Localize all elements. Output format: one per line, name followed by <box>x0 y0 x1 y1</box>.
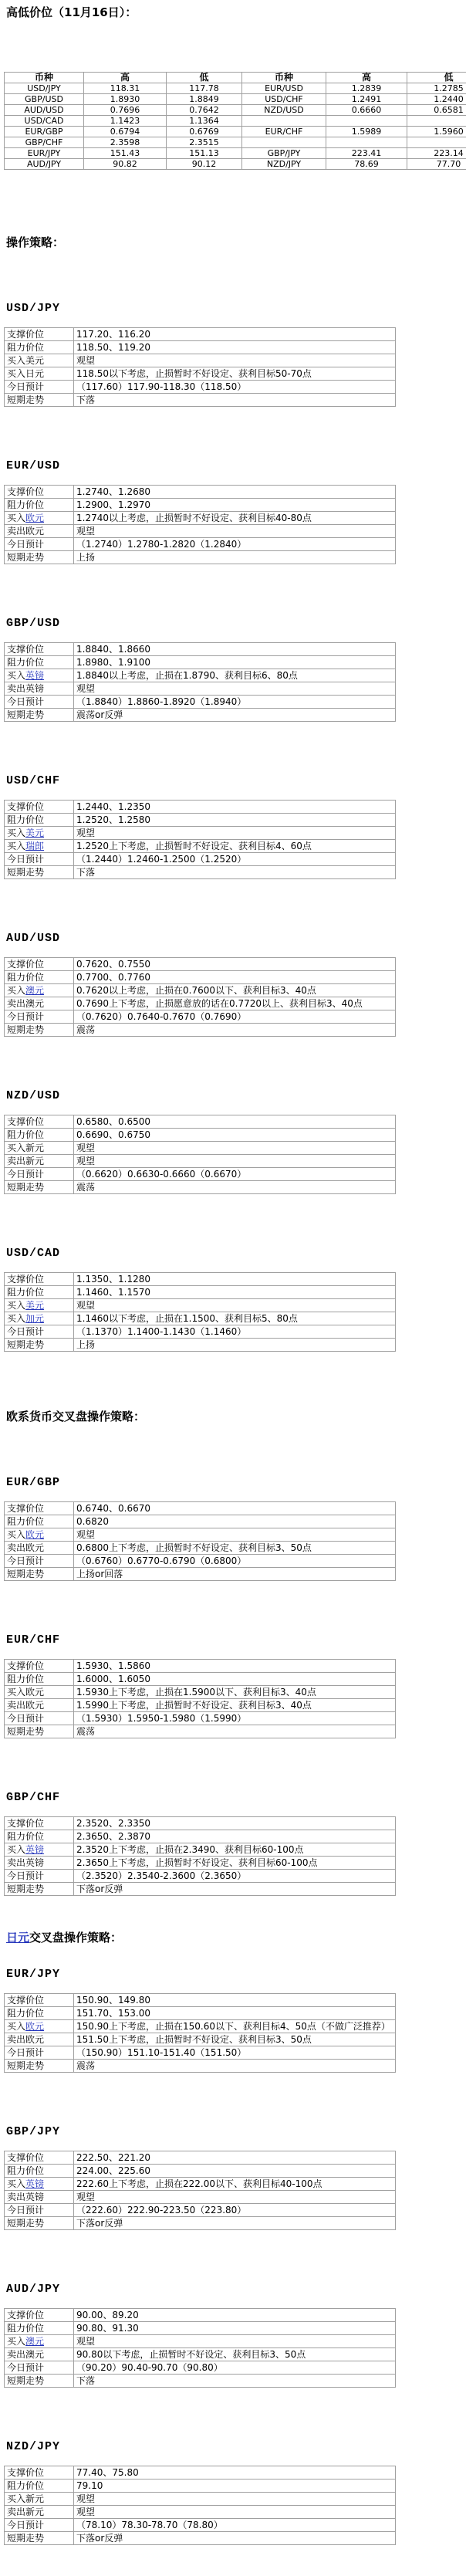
strategy-row-label-text: 短期走势 <box>7 552 44 563</box>
strategy-row-value: 90.80、91.30 <box>74 2322 396 2335</box>
strategy-row-label: 今日预计 <box>5 2519 74 2532</box>
high-low-cell: 1.5989 <box>326 127 407 137</box>
strategy-row-value: 0.6820 <box>74 1515 396 1528</box>
pair-section: AUD/JPY 支撑价位 90.00、89.20 阻力价位 90.80、91.3… <box>4 2283 466 2388</box>
strategy-row-value: 1.2440、1.2350 <box>74 801 396 814</box>
strategy-row: 支撑价位 117.20、116.20 <box>5 328 396 341</box>
group-heading: 操作策略： <box>6 235 466 249</box>
strategy-row-label: 今日预计 <box>5 2361 74 2375</box>
pair-title: EUR/USD <box>6 459 466 473</box>
strategy-row-label-text: 短期走势 <box>7 867 44 878</box>
strategy-row-value: 上扬or回落 <box>74 1568 396 1581</box>
strategy-row-value: 0.6740、0.6670 <box>74 1502 396 1515</box>
strategy-row-label: 支撑价位 <box>5 2151 74 2165</box>
strategy-row: 卖出英镑 观望 <box>5 2191 396 2204</box>
strategy-row-value: 2.3650上下考虑，止损暂时不好设定、获利目标60-100点 <box>74 1857 396 1870</box>
strategy-row-label: 支撑价位 <box>5 486 74 499</box>
strategy-row: 买入瑞郎 1.2520上下考虑，止损暂时不好设定、获利目标4、60点 <box>5 840 396 853</box>
strategy-row-label-text: 短期走势 <box>7 1884 44 1894</box>
strategy-row-label: 买入欧元 <box>5 512 74 525</box>
high-low-cell: 1.2839 <box>326 83 407 94</box>
strategy-row-value: 震荡 <box>74 1181 396 1194</box>
strategy-row-value: （1.2740）1.2780-1.2820（1.2840） <box>74 538 396 551</box>
high-low-cell: 223.41 <box>326 148 407 159</box>
currency-link[interactable]: 英镑 <box>25 670 44 681</box>
strategy-row-label: 今日预计 <box>5 1325 74 1339</box>
strategy-row: 买入欧元 观望 <box>5 1528 396 1542</box>
strategy-row-label: 买入澳元 <box>5 2335 74 2348</box>
strategy-row: 卖出澳元 90.80以下考虑，止损暂时不好设定、获利目标3、50点 <box>5 2348 396 2361</box>
strategy-row-value: 观望 <box>74 2191 396 2204</box>
strategy-row: 阻力价位 1.2900、1.2970 <box>5 499 396 512</box>
strategy-row-value: 150.90、149.80 <box>74 1994 396 2007</box>
strategy-row-label-text: 买入日元 <box>7 368 44 379</box>
strategy-row-label: 卖出新元 <box>5 2506 74 2519</box>
strategy-table: 支撑价位 0.6740、0.6670 阻力价位 0.6820 买入欧元 观望 卖… <box>4 1501 396 1581</box>
strategy-row-label-text: 卖出英镑 <box>7 683 44 694</box>
strategy-row-value: 77.40、75.80 <box>74 2466 396 2480</box>
high-low-cell: 0.6769 <box>167 127 242 137</box>
strategy-row-label: 卖出欧元 <box>5 1542 74 1555</box>
high-low-column-header: 低 <box>407 73 466 83</box>
strategy-table: 支撑价位 1.8840、1.8660 阻力价位 1.8980、1.9100 买入… <box>4 642 396 722</box>
strategy-table: 支撑价位 1.2740、1.2680 阻力价位 1.2900、1.2970 买入… <box>4 485 396 564</box>
strategy-row-value: 震荡 <box>74 2060 396 2073</box>
group-heading: 欧系货币交叉盘操作策略： <box>6 1410 466 1423</box>
strategy-row-value: 222.50、221.20 <box>74 2151 396 2165</box>
high-low-cell: NZD/JPY <box>242 159 326 170</box>
high-low-cell: NZD/USD <box>242 105 326 116</box>
strategy-row-label: 阻力价位 <box>5 1830 74 1843</box>
strategy-row: 买入美元 观望 <box>5 1299 396 1312</box>
strategy-row-value: 上扬 <box>74 551 396 564</box>
high-low-cell: EUR/USD <box>242 83 326 94</box>
currency-link[interactable]: 澳元 <box>25 2336 44 2347</box>
strategy-row-label-text: 今日预计 <box>7 854 44 865</box>
strategy-row-value: 观望 <box>74 2506 396 2519</box>
high-low-cell: EUR/GBP <box>5 127 84 137</box>
strategy-row-value: 1.5930、1.5860 <box>74 1660 396 1673</box>
strategy-row-label-text: 卖出澳元 <box>7 998 44 1009</box>
strategy-row-label-text: 今日预计 <box>7 539 44 550</box>
strategy-row-label: 买入新元 <box>5 1142 74 1155</box>
high-low-cell: GBP/JPY <box>242 148 326 159</box>
strategy-row-label-text: 阻力价位 <box>7 1516 44 1527</box>
strategy-row-value: 118.50以下考虑，止损暂时不好设定、获利目标50-70点 <box>74 367 396 381</box>
strategy-row-label-text: 买入新元 <box>7 2493 44 2504</box>
strategy-row-label-text: 买入 <box>7 1300 25 1311</box>
strategy-row-label-text: 买入 <box>7 670 25 681</box>
strategy-row: 短期走势 下落or反弹 <box>5 2532 396 2545</box>
strategy-row-value: 0.6580、0.6500 <box>74 1115 396 1129</box>
strategy-row-label-text: 今日预计 <box>7 1555 44 1566</box>
strategy-row-label-text: 买入 <box>7 2021 25 2032</box>
strategy-row-label-text: 支撑价位 <box>7 1116 44 1127</box>
strategy-row-value: （1.2440）1.2460-1.2500（1.2520） <box>74 853 396 866</box>
strategy-row-label: 买入欧元 <box>5 2020 74 2033</box>
strategy-row: 支撑价位 1.1350、1.1280 <box>5 1273 396 1286</box>
strategy-row-label: 短期走势 <box>5 1725 74 1738</box>
high-low-column-header: 高 <box>84 73 167 83</box>
strategy-row-value: 118.50、119.20 <box>74 341 396 354</box>
strategy-row-value: （0.6620）0.6630-0.6660（0.6670） <box>74 1168 396 1181</box>
pair-section: EUR/GBP 支撑价位 0.6740、0.6670 阻力价位 0.6820 买… <box>4 1476 466 1581</box>
high-low-cell: GBP/USD <box>5 94 84 105</box>
pair-section: USD/CHF 支撑价位 1.2440、1.2350 阻力价位 1.2520、1… <box>4 774 466 879</box>
strategy-row-label: 短期走势 <box>5 1883 74 1896</box>
strategy-row-label-text: 短期走势 <box>7 2060 44 2071</box>
strategy-row: 支撑价位 1.2740、1.2680 <box>5 486 396 499</box>
strategy-row-value: 2.3520上下考虑，止损在2.3490、获利目标60-100点 <box>74 1843 396 1857</box>
strategy-row-label: 卖出澳元 <box>5 2348 74 2361</box>
group-heading-text: 操作策略： <box>6 235 64 249</box>
strategy-table: 支撑价位 1.2440、1.2350 阻力价位 1.2520、1.2580 买入… <box>4 800 396 879</box>
strategy-row-label-text: 支撑价位 <box>7 801 44 812</box>
strategy-row: 支撑价位 0.6740、0.6670 <box>5 1502 396 1515</box>
pair-section: EUR/CHF 支撑价位 1.5930、1.5860 阻力价位 1.6000、1… <box>4 1633 466 1738</box>
strategy-row-label-text: 阻力价位 <box>7 2480 44 2491</box>
strategy-row-label: 卖出新元 <box>5 1155 74 1168</box>
strategy-row: 今日预计 （1.1370）1.1400-1.1430（1.1460） <box>5 1325 396 1339</box>
strategy-row: 阻力价位 79.10 <box>5 2480 396 2493</box>
strategy-row-label-text: 今日预计 <box>7 2047 44 2058</box>
strategy-row-label: 买入澳元 <box>5 984 74 997</box>
group-heading: 日元交叉盘操作策略： <box>6 1931 466 1945</box>
strategy-row-label-text: 阻力价位 <box>7 342 44 353</box>
high-low-row: EUR/JPY151.43151.13GBP/JPY223.41223.14 <box>5 148 466 159</box>
high-low-cell: 0.6581 <box>407 105 466 116</box>
pair-section: USD/JPY 支撑价位 117.20、116.20 阻力价位 118.50、1… <box>4 302 466 407</box>
strategy-row-label: 今日预计 <box>5 1555 74 1568</box>
strategy-row: 支撑价位 0.7620、0.7550 <box>5 958 396 971</box>
strategy-row-label: 今日预计 <box>5 2204 74 2217</box>
strategy-row: 短期走势 震荡 <box>5 1725 396 1738</box>
strategy-row: 买入日元 118.50以下考虑，止损暂时不好设定、获利目标50-70点 <box>5 367 396 381</box>
strategy-row-label: 卖出英镑 <box>5 682 74 696</box>
strategy-row: 短期走势 下落 <box>5 394 396 407</box>
pair-section: EUR/JPY 支撑价位 150.90、149.80 阻力价位 151.70、1… <box>4 1968 466 2073</box>
strategy-row-label-text: 买入 <box>7 828 25 838</box>
currency-link[interactable]: 英镑 <box>25 2178 44 2189</box>
strategy-row-value: 观望 <box>74 2493 396 2506</box>
strategy-row-value: 1.8980、1.9100 <box>74 656 396 669</box>
strategy-row-label-text: 短期走势 <box>7 394 44 405</box>
strategy-row-value: 震荡 <box>74 1024 396 1037</box>
strategy-row-label: 今日预计 <box>5 696 74 709</box>
strategy-row: 今日预计 （90.20）90.40-90.70（90.80） <box>5 2361 396 2375</box>
strategy-row: 短期走势 上扬 <box>5 551 396 564</box>
strategy-row-value: 1.1350、1.1280 <box>74 1273 396 1286</box>
strategy-row-label-text: 支撑价位 <box>7 2310 44 2320</box>
currency-link[interactable]: 欧元 <box>25 2021 44 2032</box>
high-low-cell: 0.7642 <box>167 105 242 116</box>
strategy-row-label: 今日预计 <box>5 2046 74 2060</box>
high-low-cell: 1.1423 <box>84 116 167 127</box>
high-low-column-header: 币种 <box>5 73 84 83</box>
strategy-row: 阻力价位 2.3650、2.3870 <box>5 1830 396 1843</box>
strategy-table: 支撑价位 150.90、149.80 阻力价位 151.70、153.00 买入… <box>4 1993 396 2073</box>
strategy-row-label-text: 支撑价位 <box>7 1503 44 1514</box>
high-low-cell <box>242 137 326 148</box>
strategy-row: 买入美元 观望 <box>5 354 396 367</box>
strategy-row-label: 支撑价位 <box>5 643 74 656</box>
strategy-row-label: 短期走势 <box>5 2375 74 2388</box>
strategy-row-value: （117.60）117.90-118.30（118.50） <box>74 381 396 394</box>
strategy-row-value: 151.70、153.00 <box>74 2007 396 2020</box>
strategy-row: 今日预计 （0.7620）0.7640-0.7670（0.7690） <box>5 1010 396 1024</box>
strategy-row-label: 短期走势 <box>5 1568 74 1581</box>
currency-link[interactable]: 欧元 <box>25 1529 44 1540</box>
strategy-row-value: 0.6800上下考虑，止损暂时不好设定、获利目标3、50点 <box>74 1542 396 1555</box>
pair-title: AUD/JPY <box>6 2283 466 2297</box>
strategy-row: 短期走势 震荡 <box>5 1181 396 1194</box>
pair-title: AUD/USD <box>6 932 466 946</box>
strategy-row-label: 卖出英镑 <box>5 2191 74 2204</box>
strategy-row-label: 买入欧元 <box>5 1686 74 1699</box>
strategy-row-value: 1.6000、1.6050 <box>74 1673 396 1686</box>
high-low-cell: 151.43 <box>84 148 167 159</box>
strategy-row-value: 0.7690上下考虑，止损愿意放的话在0.7720以上、获利目标3、40点 <box>74 997 396 1010</box>
strategy-row-label-text: 短期走势 <box>7 1339 44 1350</box>
strategy-row: 短期走势 震荡or反弹 <box>5 709 396 722</box>
strategy-row-label: 今日预计 <box>5 1010 74 1024</box>
strategy-row-label: 支撑价位 <box>5 958 74 971</box>
strategy-row-label-text: 短期走势 <box>7 2218 44 2229</box>
currency-link[interactable]: 美元 <box>25 828 44 838</box>
high-low-cell: 0.6794 <box>84 127 167 137</box>
strategy-row-label-text: 卖出欧元 <box>7 2034 44 2045</box>
pair-section: EUR/USD 支撑价位 1.2740、1.2680 阻力价位 1.2900、1… <box>4 459 466 564</box>
strategy-row: 短期走势 上扬or回落 <box>5 1568 396 1581</box>
strategy-row-label-text: 阻力价位 <box>7 972 44 983</box>
strategy-row-value: 震荡 <box>74 1725 396 1738</box>
strategy-row-value: 224.00、225.60 <box>74 2165 396 2178</box>
strategy-row: 今日预计 （2.3520）2.3540-2.3600（2.3650） <box>5 1870 396 1883</box>
strategy-row-label-text: 支撑价位 <box>7 2152 44 2163</box>
high-low-cell: EUR/CHF <box>242 127 326 137</box>
strategy-row: 卖出澳元 0.7690上下考虑，止损愿意放的话在0.7720以上、获利目标3、4… <box>5 997 396 1010</box>
strategy-row: 阻力价位 151.70、153.00 <box>5 2007 396 2020</box>
high-low-cell: 117.78 <box>167 83 242 94</box>
strategy-row-label: 买入英镑 <box>5 669 74 682</box>
strategy-row-label: 卖出欧元 <box>5 2033 74 2046</box>
strategy-row-label-text: 支撑价位 <box>7 486 44 497</box>
strategy-row-value: 观望 <box>74 525 396 538</box>
strategy-table: 支撑价位 0.6580、0.6500 阻力价位 0.6690、0.6750 买入… <box>4 1115 396 1194</box>
strategy-row-label-text: 今日预计 <box>7 2520 44 2530</box>
strategy-row-label-text: 买入 <box>7 2178 25 2189</box>
strategy-row-value: （0.7620）0.7640-0.7670（0.7690） <box>74 1010 396 1024</box>
strategy-row-value: 1.8840、1.8660 <box>74 643 396 656</box>
high-low-cell: EUR/JPY <box>5 148 84 159</box>
currency-link[interactable]: 瑞郎 <box>25 841 44 851</box>
strategy-row-value: 2.3520、2.3350 <box>74 1817 396 1830</box>
strategy-row: 买入新元 观望 <box>5 1142 396 1155</box>
strategy-row-label-text: 阻力价位 <box>7 1287 44 1298</box>
currency-link[interactable]: 美元 <box>25 1300 44 1311</box>
strategy-row-label-text: 短期走势 <box>7 1569 44 1579</box>
high-low-cell: 1.2440 <box>407 94 466 105</box>
strategy-row: 短期走势 震荡 <box>5 1024 396 1037</box>
strategy-row-value: 90.80以下考虑，止损暂时不好设定、获利目标3、50点 <box>74 2348 396 2361</box>
strategy-row: 支撑价位 1.5930、1.5860 <box>5 1660 396 1673</box>
strategy-table: 支撑价位 1.1350、1.1280 阻力价位 1.1460、1.1570 买入… <box>4 1272 396 1352</box>
strategy-row: 买入欧元 150.90上下考虑，止损在150.60以下、获利目标4、50点（不做… <box>5 2020 396 2033</box>
strategy-row-label-text: 买入 <box>7 2336 25 2347</box>
strategy-row-label-text: 今日预计 <box>7 1870 44 1881</box>
strategy-row: 今日预计 （150.90）151.10-151.40（151.50） <box>5 2046 396 2060</box>
high-low-cell: 1.2491 <box>326 94 407 105</box>
strategy-row-value: 0.6690、0.6750 <box>74 1129 396 1142</box>
high-low-column-header: 币种 <box>242 73 326 83</box>
strategy-row-label: 卖出英镑 <box>5 1857 74 1870</box>
strategy-row-label: 支撑价位 <box>5 1115 74 1129</box>
high-low-cell <box>407 116 466 127</box>
strategy-row-label: 阻力价位 <box>5 1673 74 1686</box>
strategy-row: 卖出新元 观望 <box>5 1155 396 1168</box>
strategy-row: 今日预计 （222.60）222.90-223.50（223.80） <box>5 2204 396 2217</box>
high-low-cell: USD/CHF <box>242 94 326 105</box>
high-low-cell: 0.6660 <box>326 105 407 116</box>
strategy-row-label-text: 今日预计 <box>7 2362 44 2373</box>
strategy-row-label: 今日预计 <box>5 1870 74 1883</box>
strategy-group: 欧系货币交叉盘操作策略： EUR/GBP 支撑价位 0.6740、0.6670 … <box>4 1410 466 1896</box>
strategy-row-label-text: 支撑价位 <box>7 1818 44 1829</box>
strategy-row: 支撑价位 77.40、75.80 <box>5 2466 396 2480</box>
strategy-row-label-text: 今日预计 <box>7 1713 44 1724</box>
strategy-row: 买入英镑 2.3520上下考虑，止损在2.3490、获利目标60-100点 <box>5 1843 396 1857</box>
pair-title: GBP/CHF <box>6 1791 466 1805</box>
strategy-row: 买入英镑 1.8840以上考虑，止损在1.8790、获利目标6、80点 <box>5 669 396 682</box>
strategy-row-label-text: 今日预计 <box>7 1169 44 1180</box>
strategy-row-label: 支撑价位 <box>5 2466 74 2480</box>
strategy-row-value: 1.1460、1.1570 <box>74 1286 396 1299</box>
high-low-cell: 90.12 <box>167 159 242 170</box>
pair-section: NZD/USD 支撑价位 0.6580、0.6500 阻力价位 0.6690、0… <box>4 1089 466 1194</box>
strategy-table: 支撑价位 1.5930、1.5860 阻力价位 1.6000、1.6050 买入… <box>4 1659 396 1738</box>
strategy-table: 支撑价位 117.20、116.20 阻力价位 118.50、119.20 买入… <box>4 327 396 407</box>
strategy-row: 阻力价位 224.00、225.60 <box>5 2165 396 2178</box>
strategy-row: 阻力价位 1.2520、1.2580 <box>5 814 396 827</box>
strategy-row-value: 下落or反弹 <box>74 2217 396 2230</box>
strategy-row-value: 下落 <box>74 2375 396 2388</box>
high-low-column-header: 高 <box>326 73 407 83</box>
strategy-row-value: 1.2520、1.2580 <box>74 814 396 827</box>
currency-link[interactable]: 欧元 <box>25 513 44 523</box>
high-low-cell: 223.14 <box>407 148 466 159</box>
strategy-row-label-text: 短期走势 <box>7 1726 44 1737</box>
strategy-row-label-text: 阻力价位 <box>7 2165 44 2176</box>
high-low-row: USD/JPY118.31117.78EUR/USD1.28391.2785 <box>5 83 466 94</box>
strategy-row-label: 短期走势 <box>5 2532 74 2545</box>
strategy-row: 买入美元 观望 <box>5 827 396 840</box>
strategy-row-label: 买入日元 <box>5 367 74 381</box>
strategy-row: 卖出欧元 观望 <box>5 525 396 538</box>
group-heading-currency-link[interactable]: 日元 <box>6 1931 29 1945</box>
strategy-row-label-text: 买入新元 <box>7 1142 44 1153</box>
high-low-cell: GBP/CHF <box>5 137 84 148</box>
strategy-row: 支撑价位 2.3520、2.3350 <box>5 1817 396 1830</box>
strategy-row-label: 阻力价位 <box>5 2165 74 2178</box>
high-low-cell: 1.2785 <box>407 83 466 94</box>
pair-title: GBP/USD <box>6 617 466 631</box>
strategy-row-value: 观望 <box>74 1528 396 1542</box>
strategy-row-label-text: 阻力价位 <box>7 499 44 510</box>
strategy-row: 短期走势 下落or反弹 <box>5 1883 396 1896</box>
strategy-group: 操作策略： USD/JPY 支撑价位 117.20、116.20 阻力价位 11… <box>4 235 466 1352</box>
pair-title: NZD/JPY <box>6 2440 466 2454</box>
strategy-row-value: （1.8840）1.8860-1.8920（1.8940） <box>74 696 396 709</box>
currency-link[interactable]: 英镑 <box>25 1844 44 1855</box>
strategy-row-value: 下落 <box>74 394 396 407</box>
strategy-row: 支撑价位 0.6580、0.6500 <box>5 1115 396 1129</box>
strategy-row-label: 卖出澳元 <box>5 997 74 1010</box>
high-low-cell <box>407 137 466 148</box>
strategy-row-label-text: 买入 <box>7 1844 25 1855</box>
high-low-cell: 118.31 <box>84 83 167 94</box>
strategy-row-value: 1.2900、1.2970 <box>74 499 396 512</box>
currency-link[interactable]: 澳元 <box>25 985 44 996</box>
strategy-row: 今日预计 （0.6620）0.6630-0.6660（0.6670） <box>5 1168 396 1181</box>
strategy-row: 阻力价位 0.6690、0.6750 <box>5 1129 396 1142</box>
strategy-row-label: 短期走势 <box>5 1024 74 1037</box>
pair-title: EUR/CHF <box>6 1633 466 1647</box>
strategy-row: 短期走势 震荡 <box>5 2060 396 2073</box>
strategy-row-label-text: 短期走势 <box>7 709 44 720</box>
strategy-row-label: 短期走势 <box>5 394 74 407</box>
strategy-row-value: 151.50上下考虑，止损暂时不好设定、获利目标3、50点 <box>74 2033 396 2046</box>
strategy-row-value: 1.5990上下考虑，止损暂时不好设定、获利目标3、40点 <box>74 1699 396 1712</box>
strategy-row-value: 1.2520上下考虑，止损暂时不好设定、获利目标4、60点 <box>74 840 396 853</box>
strategy-row-value: 上扬 <box>74 1339 396 1352</box>
strategy-row-label-text: 短期走势 <box>7 2375 44 2386</box>
strategy-row-label-text: 买入 <box>7 1313 25 1324</box>
high-low-column-header: 低 <box>167 73 242 83</box>
high-low-row: AUD/USD0.76960.7642NZD/USD0.66600.6581 <box>5 105 466 116</box>
high-low-cell: 0.7696 <box>84 105 167 116</box>
strategy-row-value: 117.20、116.20 <box>74 328 396 341</box>
high-low-cell: AUD/JPY <box>5 159 84 170</box>
high-low-cell: 1.8849 <box>167 94 242 105</box>
strategy-row-value: 1.8840以上考虑，止损在1.8790、获利目标6、80点 <box>74 669 396 682</box>
pair-section: AUD/USD 支撑价位 0.7620、0.7550 阻力价位 0.7700、0… <box>4 932 466 1037</box>
strategy-row-value: 79.10 <box>74 2480 396 2493</box>
strategy-row-value: 1.2740以上考虑，止损暂时不好设定、获利目标40-80点 <box>74 512 396 525</box>
strategy-row-label: 买入新元 <box>5 2493 74 2506</box>
high-low-cell: USD/CAD <box>5 116 84 127</box>
currency-link[interactable]: 加元 <box>25 1313 44 1324</box>
strategy-row-label: 卖出欧元 <box>5 1699 74 1712</box>
strategy-row: 今日预计 （1.8840）1.8860-1.8920（1.8940） <box>5 696 396 709</box>
high-low-cell: 78.69 <box>326 159 407 170</box>
strategy-row-value: 90.00、89.20 <box>74 2309 396 2322</box>
strategy-row: 今日预计 （117.60）117.90-118.30（118.50） <box>5 381 396 394</box>
high-low-row: EUR/GBP0.67940.6769EUR/CHF1.59891.5960 <box>5 127 466 137</box>
strategy-row-label-text: 支撑价位 <box>7 2467 44 2478</box>
pair-title: USD/CHF <box>6 774 466 788</box>
strategy-row: 卖出英镑 2.3650上下考虑，止损暂时不好设定、获利目标60-100点 <box>5 1857 396 1870</box>
strategy-row: 短期走势 下落 <box>5 866 396 879</box>
strategy-row-label: 今日预计 <box>5 1168 74 1181</box>
strategy-row: 阻力价位 1.1460、1.1570 <box>5 1286 396 1299</box>
high-low-cell: 90.82 <box>84 159 167 170</box>
strategy-row-label: 买入瑞郎 <box>5 840 74 853</box>
pair-title: USD/CAD <box>6 1247 466 1261</box>
strategy-row-label-text: 阻力价位 <box>7 1674 44 1684</box>
strategy-row-label-text: 阻力价位 <box>7 657 44 668</box>
strategy-row-label-text: 买入美元 <box>7 355 44 366</box>
strategy-row-label-text: 卖出新元 <box>7 1156 44 1166</box>
